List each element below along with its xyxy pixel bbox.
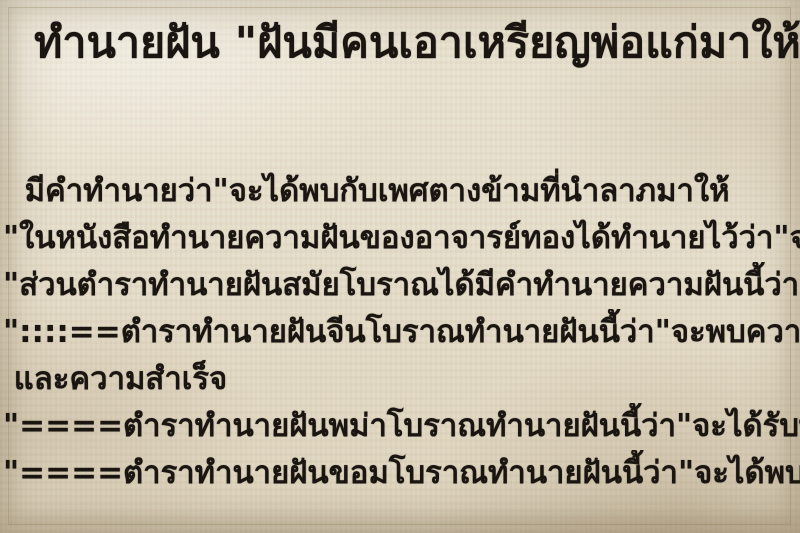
body-text-block: มีคำทำนายว่า"จะได้พบกับเพศตางข้ามที่นำลา… [0, 168, 800, 497]
body-line: "ส่วนตำราทำนายฝันสมัยโบราณได้มีคำทำนายคว… [0, 262, 800, 309]
dream-interpretation-page: ทำนายฝัน "ฝันมีคนเอาเหรียญพ่อแก่มาให้" ม… [0, 0, 800, 533]
body-line: "====ตำราทำนายฝันขอมโบราณทำนายฝันนี้ว่า"… [0, 450, 800, 497]
page-title: ทำนายฝัน "ฝันมีคนเอาเหรียญพ่อแก่มาให้" [0, 10, 800, 76]
body-line: และความสำเร็จ [0, 356, 800, 403]
body-line: มีคำทำนายว่า"จะได้พบกับเพศตางข้ามที่นำลา… [0, 168, 800, 215]
body-line: "====ตำราทำนายฝันพม่าโบราณทำนายฝันนี้ว่า… [0, 403, 800, 450]
body-line: "::::==ตำราทำนายฝันจีนโบราณทำนายฝันนี้ว่… [0, 309, 800, 356]
body-line: "ในหนังสือทำนายความฝันของอาจารย์ทองได้ทำ… [0, 215, 800, 262]
